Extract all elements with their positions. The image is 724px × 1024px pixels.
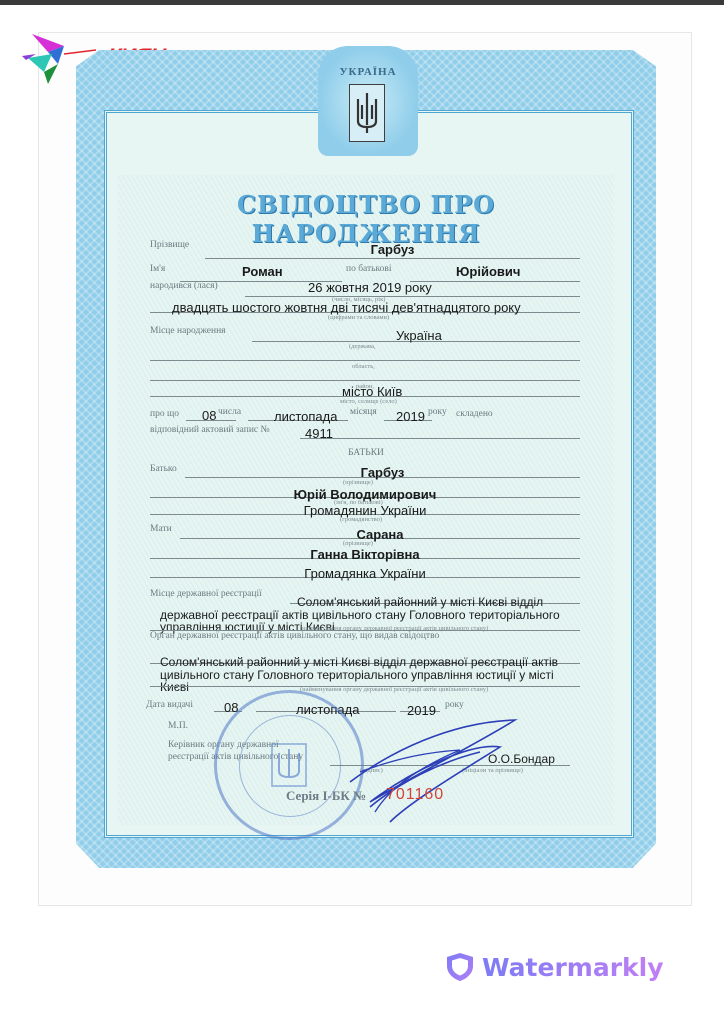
patronymic-label: по батькові xyxy=(346,264,392,274)
stamp-trident-icon xyxy=(271,743,307,787)
name-value: Роман xyxy=(242,264,283,279)
father-surname-hint: (прізвище) xyxy=(343,479,373,486)
seal-label: М.П. xyxy=(168,721,188,731)
birth-date-value: 26 жовтня 2019 року xyxy=(308,280,432,295)
birth-city-value: місто Київ xyxy=(342,384,402,399)
record-number-value: 4911 xyxy=(305,426,333,441)
issuing-body-label: Орган державної реєстрації актів цивільн… xyxy=(150,631,439,641)
reg-hint-2: (найменування органу державної реєстраці… xyxy=(300,686,488,693)
composed-label: складено xyxy=(456,409,493,419)
record-month-value: листопада xyxy=(274,409,337,424)
region-hint: область, xyxy=(352,363,375,370)
record-day-value: 08 xyxy=(202,408,216,423)
country-heading: УКРАЇНА xyxy=(318,66,418,78)
patronymic-value: Юрійович xyxy=(456,264,520,279)
mother-citizenship-value: Громадянка України xyxy=(150,566,580,581)
father-citizenship-hint: (громадянство) xyxy=(340,516,382,523)
day-suffix-label: числа xyxy=(218,407,241,417)
district-line xyxy=(150,380,580,381)
born-label: народився (лася) xyxy=(150,281,218,291)
birth-date-words: двадцять шостого жовтня дві тисячі дев'я… xyxy=(172,300,521,315)
top-bar xyxy=(0,0,724,5)
mother-label: Мати xyxy=(150,524,172,534)
birth-country-value: Україна xyxy=(396,328,442,343)
issuer-line3: Києві xyxy=(160,681,189,694)
born-line xyxy=(245,296,580,297)
father-surname-value: Гарбуз xyxy=(185,465,580,480)
signature-icon xyxy=(330,712,530,832)
series-label: Серія І-БК № xyxy=(286,788,366,804)
record-about-label: про що xyxy=(150,409,179,419)
mother-name-value: Ганна Вікторівна xyxy=(150,547,580,562)
father-label: Батько xyxy=(150,464,177,474)
parents-heading: БАТЬКИ xyxy=(118,448,614,458)
watermark: Watermarkly xyxy=(446,952,664,982)
state-hint: (держава, xyxy=(349,343,375,350)
shield-icon xyxy=(446,952,474,982)
patronymic-line xyxy=(410,281,580,282)
region-line xyxy=(150,360,580,361)
surname-line xyxy=(205,258,580,259)
city-hint: місто, селище (село) xyxy=(340,398,397,405)
record-year-value: 2019 xyxy=(396,409,425,424)
reg-place-label: Місце державної реєстрації xyxy=(150,589,262,599)
serial-number: 701160 xyxy=(386,786,444,804)
birthplace-label: Місце народження xyxy=(150,326,226,336)
issuer-line2: цивільного стану Головного територіально… xyxy=(160,669,554,682)
year-suffix-label: року xyxy=(428,407,447,417)
month-suffix-label: місяця xyxy=(350,407,377,417)
issue-year-word: року xyxy=(445,700,464,710)
surname-value: Гарбуз xyxy=(205,242,580,257)
words-hint: (цифрами та словами) xyxy=(328,314,389,321)
surname-label: Прізвище xyxy=(150,240,189,250)
issue-date-label: Дата видачі xyxy=(146,700,193,710)
trident-icon xyxy=(349,84,385,142)
record-number-line xyxy=(300,438,580,439)
document-title: СВІДОЦТВО ПРО НАРОДЖЕННЯ xyxy=(118,190,614,248)
record-number-label: відповідний актовий запис № xyxy=(150,425,270,435)
name-label: Ім'я xyxy=(150,264,165,274)
mother-surname-value: Сарана xyxy=(180,527,580,542)
mother-surname-hint: (прізвище) xyxy=(343,540,373,547)
watermark-text: Watermarkly xyxy=(482,953,664,982)
